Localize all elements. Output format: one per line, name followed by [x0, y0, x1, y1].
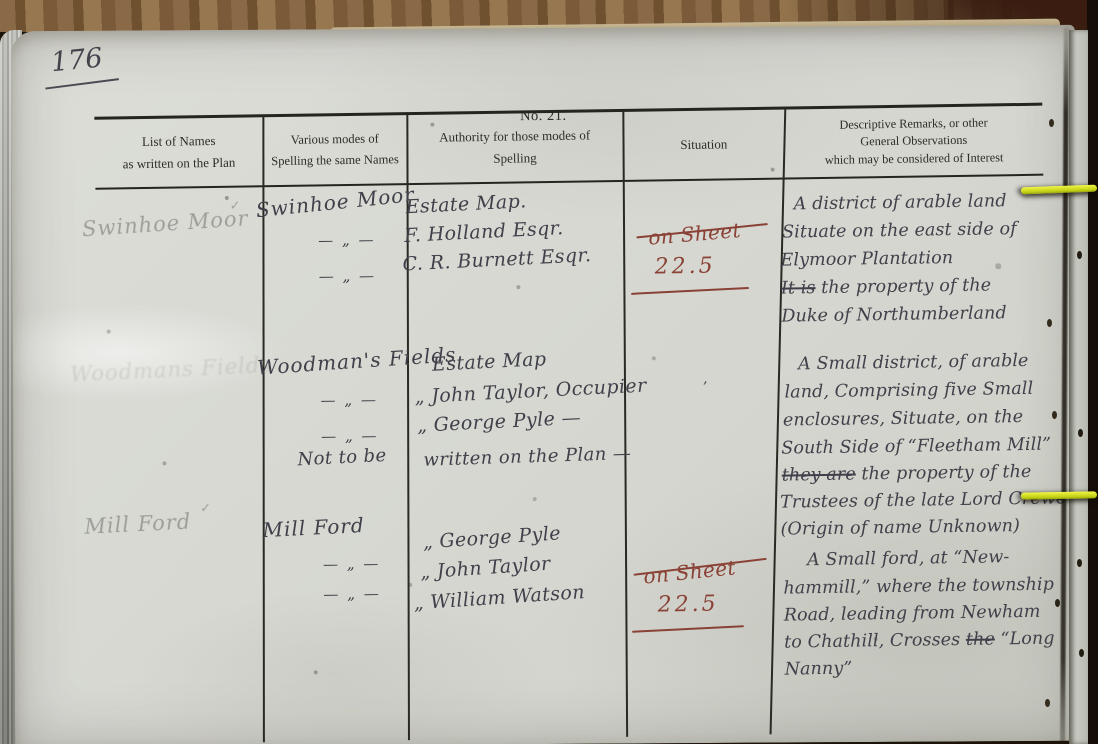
row1-remark-line: Elymoor Plantation — [780, 248, 953, 271]
folio-underline — [45, 78, 119, 89]
row1-authority-2: F. Holland Esqr. — [404, 217, 564, 247]
photo-right-edge — [1087, 0, 1098, 744]
row3-remark-line: Nanny” — [784, 659, 852, 680]
row3-remark-line: to Chathill, Crosses the “Long — [784, 629, 1055, 653]
row1-spelling: Swinhoe Moor — [255, 182, 416, 222]
row3-insertion-mark: ✓ — [200, 501, 211, 516]
row3-authority-2: „ John Taylor — [419, 553, 551, 584]
row2-authority-note: written on the Plan — — [423, 443, 631, 471]
row1-remark-line: It is the property of the — [781, 275, 991, 298]
row1-insertion-mark: ✓ — [230, 199, 241, 214]
row1-remark-line: Situate on the east side of — [782, 219, 1017, 242]
row2-remark-line: South Side of “Fleetham Mill” — [781, 435, 1051, 459]
folio-number: 176 — [50, 43, 104, 79]
column-divider-3 — [622, 111, 627, 737]
row2-spelling-note: Not to be — [297, 445, 387, 470]
row3-authority-1: „ George Pyle — [422, 522, 561, 553]
row2-remark-line: A Small district, of arable — [798, 351, 1029, 374]
row2-remark-line: (Origin of name Unknown) — [780, 516, 1020, 540]
row3-remark-line: Road, leading from Newham — [784, 602, 1041, 626]
name-book-table: List of Names as written on the Plan Var… — [94, 103, 1051, 744]
header-spelling-modes: Various modes of Spelling the same Names — [262, 116, 407, 184]
row2-situation-mark: ʼ — [702, 380, 707, 396]
row3-remark-line: A Small ford, at “New- — [807, 547, 1010, 570]
row2-spelling: Woodman's Fields — [256, 342, 457, 379]
row3-spelling: Mill Ford — [262, 513, 365, 542]
header-situation: Situation — [622, 111, 785, 179]
row2-remark-line: land, Comprising five Small — [784, 379, 1033, 403]
row2-ditto-2: — „ — — [321, 427, 379, 446]
row3-situation-underline — [632, 625, 744, 633]
row3-authority-3: „ William Watson — [413, 581, 586, 614]
row2-authority-3: „ George Pyle — — [416, 407, 581, 437]
binding-thread-bottom — [1021, 491, 1097, 499]
row2-remark-line: enclosures, Situate, on the — [783, 407, 1023, 431]
facing-page-edge — [1069, 30, 1088, 744]
header-remarks: Descriptive Remarks, or other General Ob… — [784, 107, 1043, 177]
row1-authority-1: Estate Map. — [405, 190, 527, 218]
row3-ditto-1: — „ — — [323, 555, 381, 574]
row1-remark-line: Duke of Northumberland — [781, 303, 1007, 326]
row2-ditto-1: — „ — — [320, 391, 378, 410]
photographed-ledger-page: 176 No. 21. List of Names as written on … — [0, 0, 1098, 744]
row1-remark-line: A district of arable land — [794, 191, 1007, 214]
row3-situation-number: 22.5 — [657, 592, 718, 618]
paper-specks — [11, 31, 13, 33]
row3-remark-line: hammill,” where the township — [783, 575, 1054, 599]
row3-name-on-plan: Mill Ford — [84, 510, 192, 539]
ledger-page: 176 No. 21. List of Names as written on … — [11, 25, 1079, 744]
row2-authority-1: Estate Map — [432, 348, 547, 376]
header-authority: Authority for those modes of Spelling — [406, 113, 623, 182]
binding-holes — [0, 0, 3, 6]
row3-ditto-2: — „ — — [323, 585, 381, 604]
row2-authority-2: „ John Taylor, Occupier — [414, 375, 647, 409]
row2-remark-line: they are the property of the — [782, 462, 1032, 486]
header-names-on-plan: List of Names as written on the Plan — [94, 118, 263, 186]
row1-ditto-1: — „ — — [318, 231, 376, 250]
row1-situation-number: 22.5 — [654, 254, 715, 280]
row1-authority-3: C. R. Burnett Esqr. — [402, 244, 592, 275]
row2-name-on-plan-erased: Woodmans Fields — [70, 353, 273, 387]
row1-name-on-plan: Swinhoe Moor — [81, 206, 249, 241]
row1-ditto-2: — „ — — [319, 267, 377, 286]
row1-situation-underline — [631, 287, 749, 295]
